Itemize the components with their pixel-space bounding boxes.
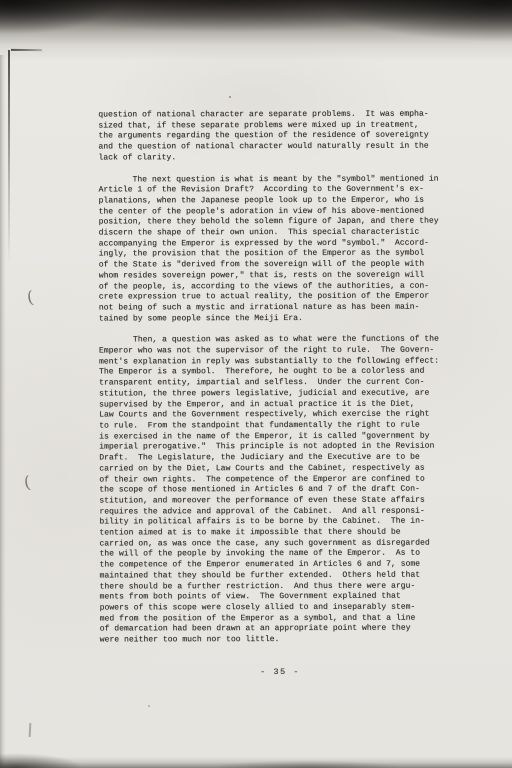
- pencil-paren-mark-upper: (: [25, 288, 35, 309]
- scan-top-shadow: [0, 0, 512, 78]
- document-body: question of national character are separ…: [98, 110, 449, 658]
- pencil-paren-mark-lower: (: [22, 473, 32, 494]
- paragraph-national-character: question of national character are separ…: [98, 110, 448, 164]
- scan-speck: [229, 96, 231, 98]
- margin-tick-mark: [29, 723, 31, 737]
- scan-speck: [148, 705, 150, 707]
- scan-left-edge-shadow: [0, 55, 6, 768]
- paragraph-emperor-functions: Then, a question was asked as to what we…: [99, 335, 450, 646]
- margin-bracket-horizontal-line: [11, 49, 42, 51]
- paragraph-symbol-question: The next question is what is meant by th…: [98, 174, 448, 325]
- margin-bracket-vertical-line: [8, 50, 10, 265]
- scan-bottom-shadow: [0, 752, 512, 768]
- page-number: - 35 -: [99, 667, 461, 677]
